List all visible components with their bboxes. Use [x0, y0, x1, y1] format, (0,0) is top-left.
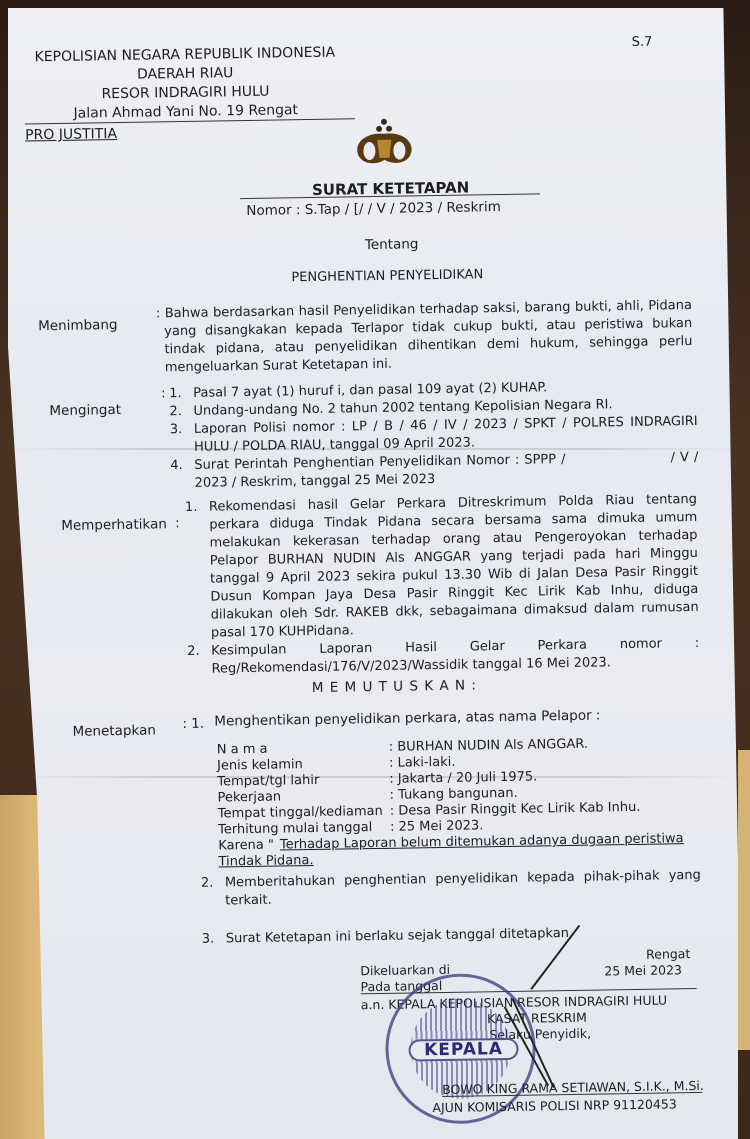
pro-justitia: PRO JUSTITIA	[25, 125, 117, 144]
mengingat-item: 4.Surat Perintah Penghentian Penyelidika…	[170, 449, 699, 493]
menimbang-text: : Bahwa berdasarkan hasil Penyelidikan t…	[156, 297, 693, 377]
signatory-rank: AJUN KOMISARIS POLISI NRP 91120453	[432, 1095, 677, 1117]
doc-subject: PENGHENTIAN PENYELIDIKAN	[291, 266, 483, 287]
menetapkan-item-1: Menghentikan penyelidikan perkara, atas …	[214, 706, 600, 730]
menetapkan-label: Menetapkan	[72, 721, 156, 740]
memperhatikan-item: 1.Rekomendasi hasil Gelar Perkara Ditres…	[185, 491, 699, 643]
reason-text-cont: Tindak Pidana.	[218, 853, 313, 870]
mengingat-label: Mengingat	[49, 401, 121, 420]
menetapkan-item-2: 2.Memberitahukan penghentian penyelidika…	[201, 867, 702, 911]
menimbang-label: Menimbang	[38, 316, 118, 335]
date-value: 25 Mei 2023	[604, 961, 682, 980]
memperhatikan-list: 1.Rekomendasi hasil Gelar Perkara Ditres…	[185, 491, 700, 679]
police-emblem-icon	[349, 117, 420, 170]
menetapkan-item-3: 3.Surat Ketetapan ini berlaku sejak tang…	[202, 923, 702, 949]
memutuskan-heading: M E M U T U S K A N :	[312, 676, 477, 697]
memperhatikan-label: Memperhatikan	[61, 515, 167, 535]
identity-table: N a m a: BURHAN NUDIN Als ANGGAR. Jenis …	[217, 735, 679, 870]
form-code: S.7	[632, 34, 653, 52]
document-content: S.7 KEPOLISIAN NEGARA REPUBLIK INDONESIA…	[0, 0, 750, 1139]
memperhatikan-item: 2.Kesimpulan Laporan Hasil Gelar Perkara…	[187, 635, 700, 679]
mengingat-list: 1.Pasal 7 ayat (1) huruf i, dan pasal 10…	[169, 377, 699, 493]
doc-number: Nomor : S.Tap / [/ / V / 2023 / Reskrim	[246, 198, 501, 220]
stamp-label: KEPALA	[408, 1038, 518, 1062]
about-label: Tentang	[365, 235, 419, 254]
